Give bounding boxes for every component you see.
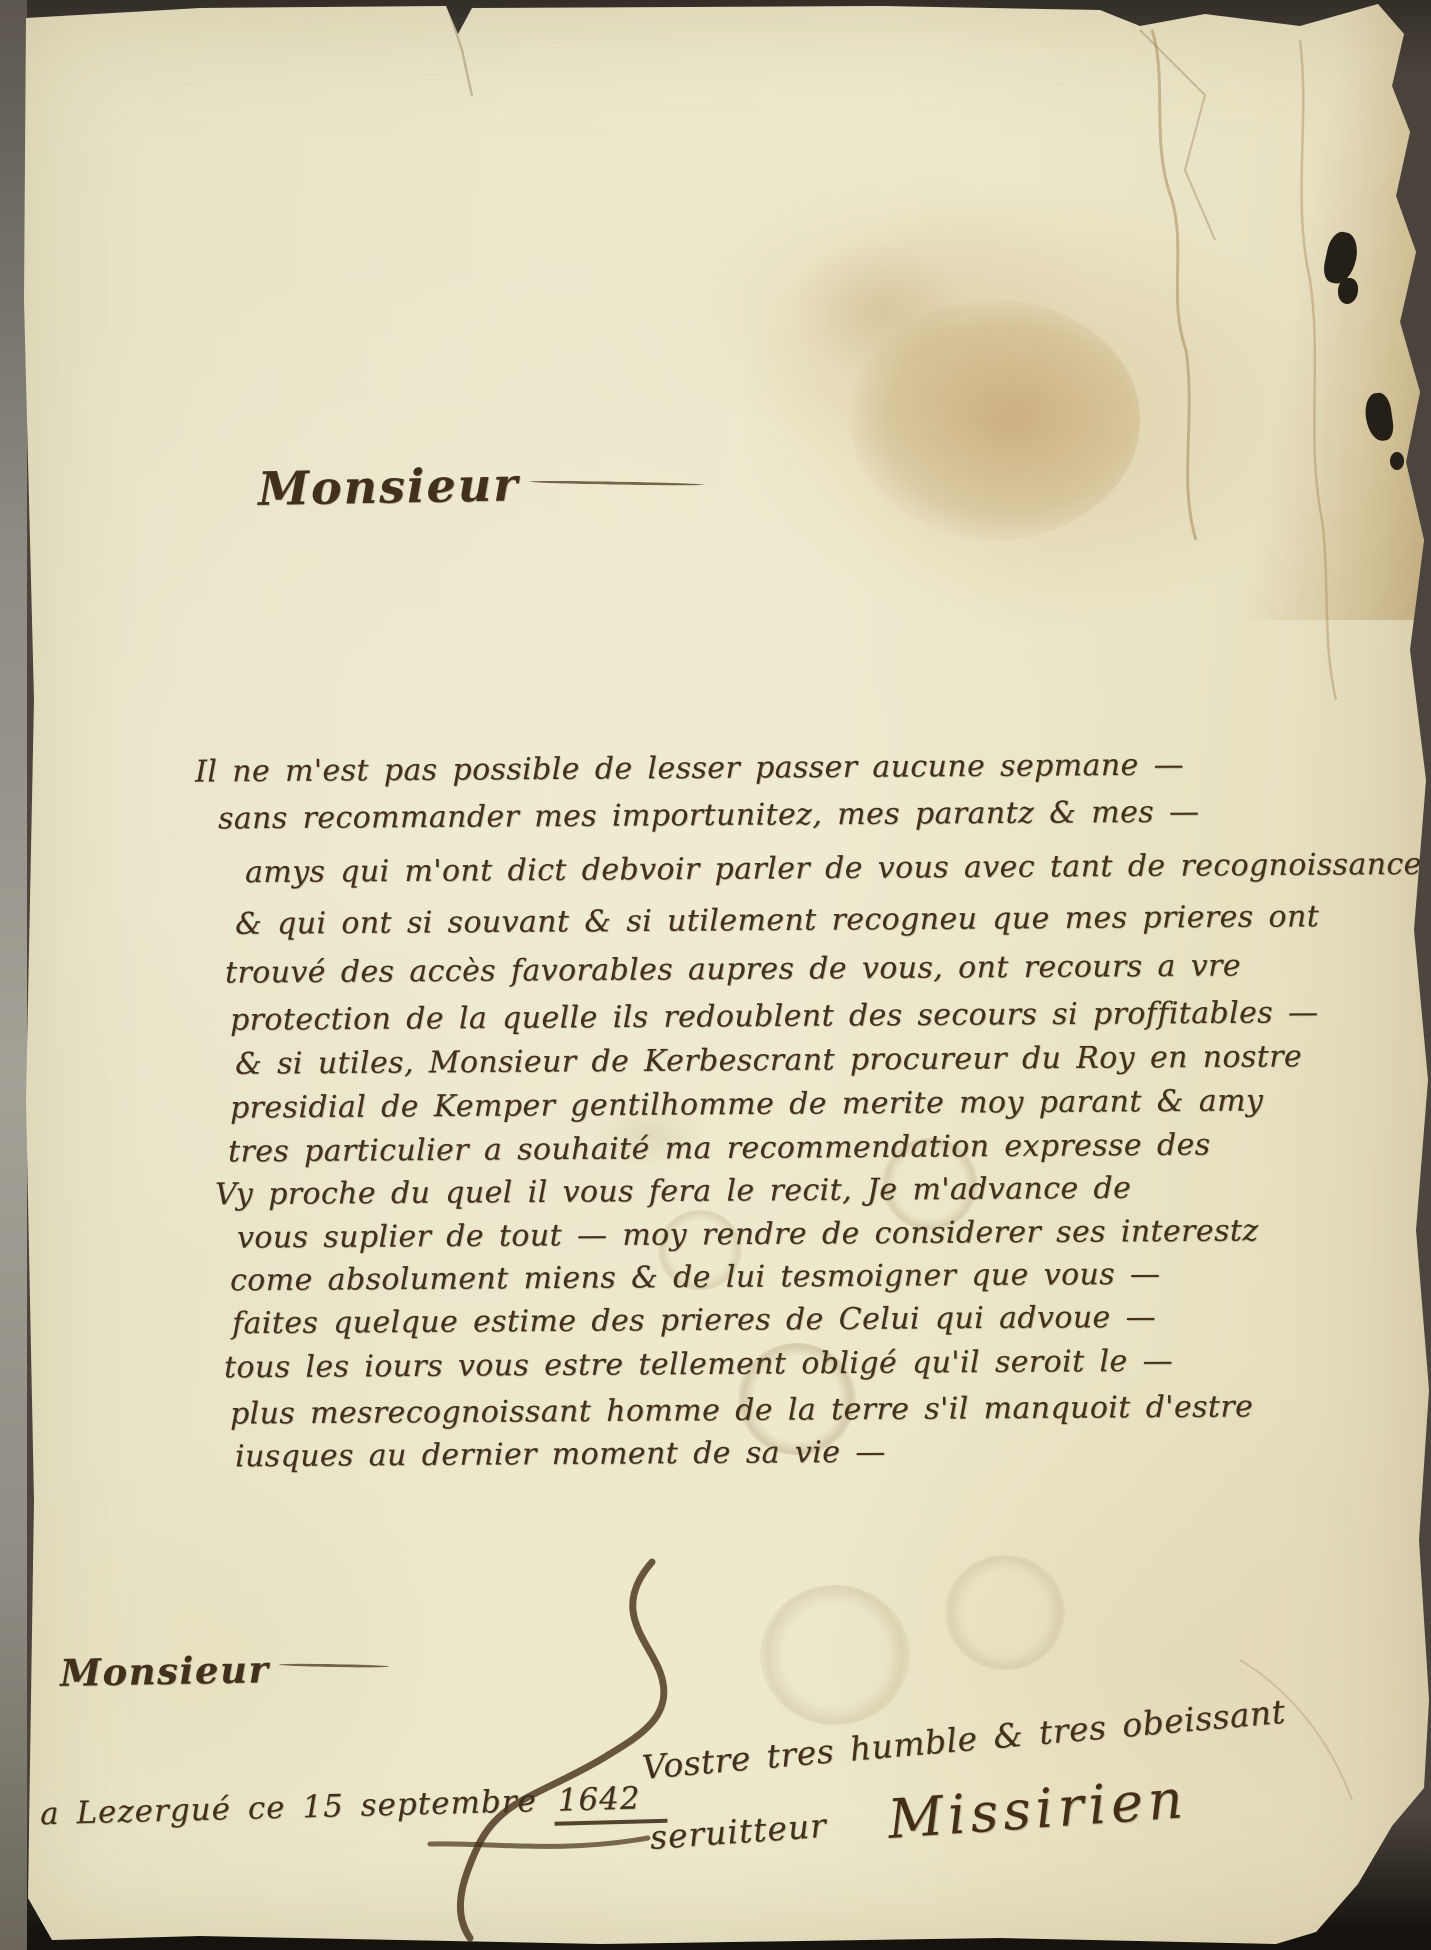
paper-stain [945, 1555, 1065, 1670]
manuscript-line: Vy proche du quel il vous fera le recit,… [215, 1171, 1131, 1212]
manuscript-line: tres particulier a souhaité ma recommend… [228, 1128, 1211, 1170]
manuscript-line: iusques au dernier moment de sa vie — [235, 1435, 886, 1475]
manuscript-line: protection de la quelle ils redoublent d… [230, 995, 1319, 1038]
manuscript-line: Il ne m'est pas possible de lesser passe… [195, 748, 1184, 790]
manuscript-line: faites quelque estime des prieres de Cel… [232, 1300, 1156, 1341]
manuscript-line: come absolument miens & de lui tesmoigne… [230, 1257, 1161, 1298]
paper-stain [760, 1585, 910, 1725]
table-mat-strip [0, 0, 27, 1950]
closing-text: Monsieur [60, 1647, 270, 1695]
ink-paraph-flourish [460, 1562, 663, 1938]
closing-salutation: Monsieur [60, 1645, 390, 1695]
manuscript-line: amys qui m'ont dict debvoir parler de vo… [245, 847, 1422, 890]
manuscript-line: sans recommander mes importunitez, mes p… [218, 795, 1200, 837]
manuscript-line: presidial de Kemper gentilhomme de merit… [230, 1083, 1263, 1125]
pen-flourish [529, 480, 704, 486]
manuscript-line: tous les iours vous estre tellement obli… [224, 1344, 1173, 1386]
dateline: a Lezergué ce 15 septembre 1642 [40, 1780, 667, 1832]
letter-photo: { "photo": { "background_color": "#4a443… [0, 0, 1431, 1950]
paper-hole [1321, 229, 1361, 286]
paper-stain [850, 300, 1140, 540]
paper-hole [1390, 452, 1404, 470]
tear-line [1152, 30, 1196, 540]
pen-flourish [279, 1663, 389, 1668]
manuscript-line: trouvé des accès favorables aupres de vo… [225, 948, 1241, 990]
salutation: Monsieur [258, 454, 705, 516]
dateline-place-text: a Lezergué ce 15 septembre [40, 1783, 538, 1832]
valediction-line-2: seruitteur [649, 1806, 828, 1857]
valediction-line-1: Vostre tres humble & tres obeissant [640, 1692, 1287, 1787]
paper-hole [1363, 391, 1395, 442]
ink-paraph-flourish [430, 1838, 648, 1846]
salutation-text: Monsieur [258, 457, 520, 516]
tear-line [1140, 30, 1215, 240]
tear-line [1300, 40, 1336, 700]
manuscript-line: & qui ont si souvant & si utilement reco… [235, 899, 1319, 942]
paper-stain [790, 240, 970, 380]
paper-hole [1338, 278, 1358, 304]
manuscript-line: & si utiles, Monsieur de Kerbescrant pro… [235, 1039, 1302, 1081]
letter-paper: Monsieur Il ne m'est pas possible de les… [0, 0, 1431, 1950]
manuscript-line: vous suplier de tout — moy rendre de con… [237, 1213, 1259, 1255]
manuscript-line: plus mesrecognoissant homme de la terre … [230, 1389, 1253, 1431]
signature: Missirien [886, 1767, 1190, 1851]
